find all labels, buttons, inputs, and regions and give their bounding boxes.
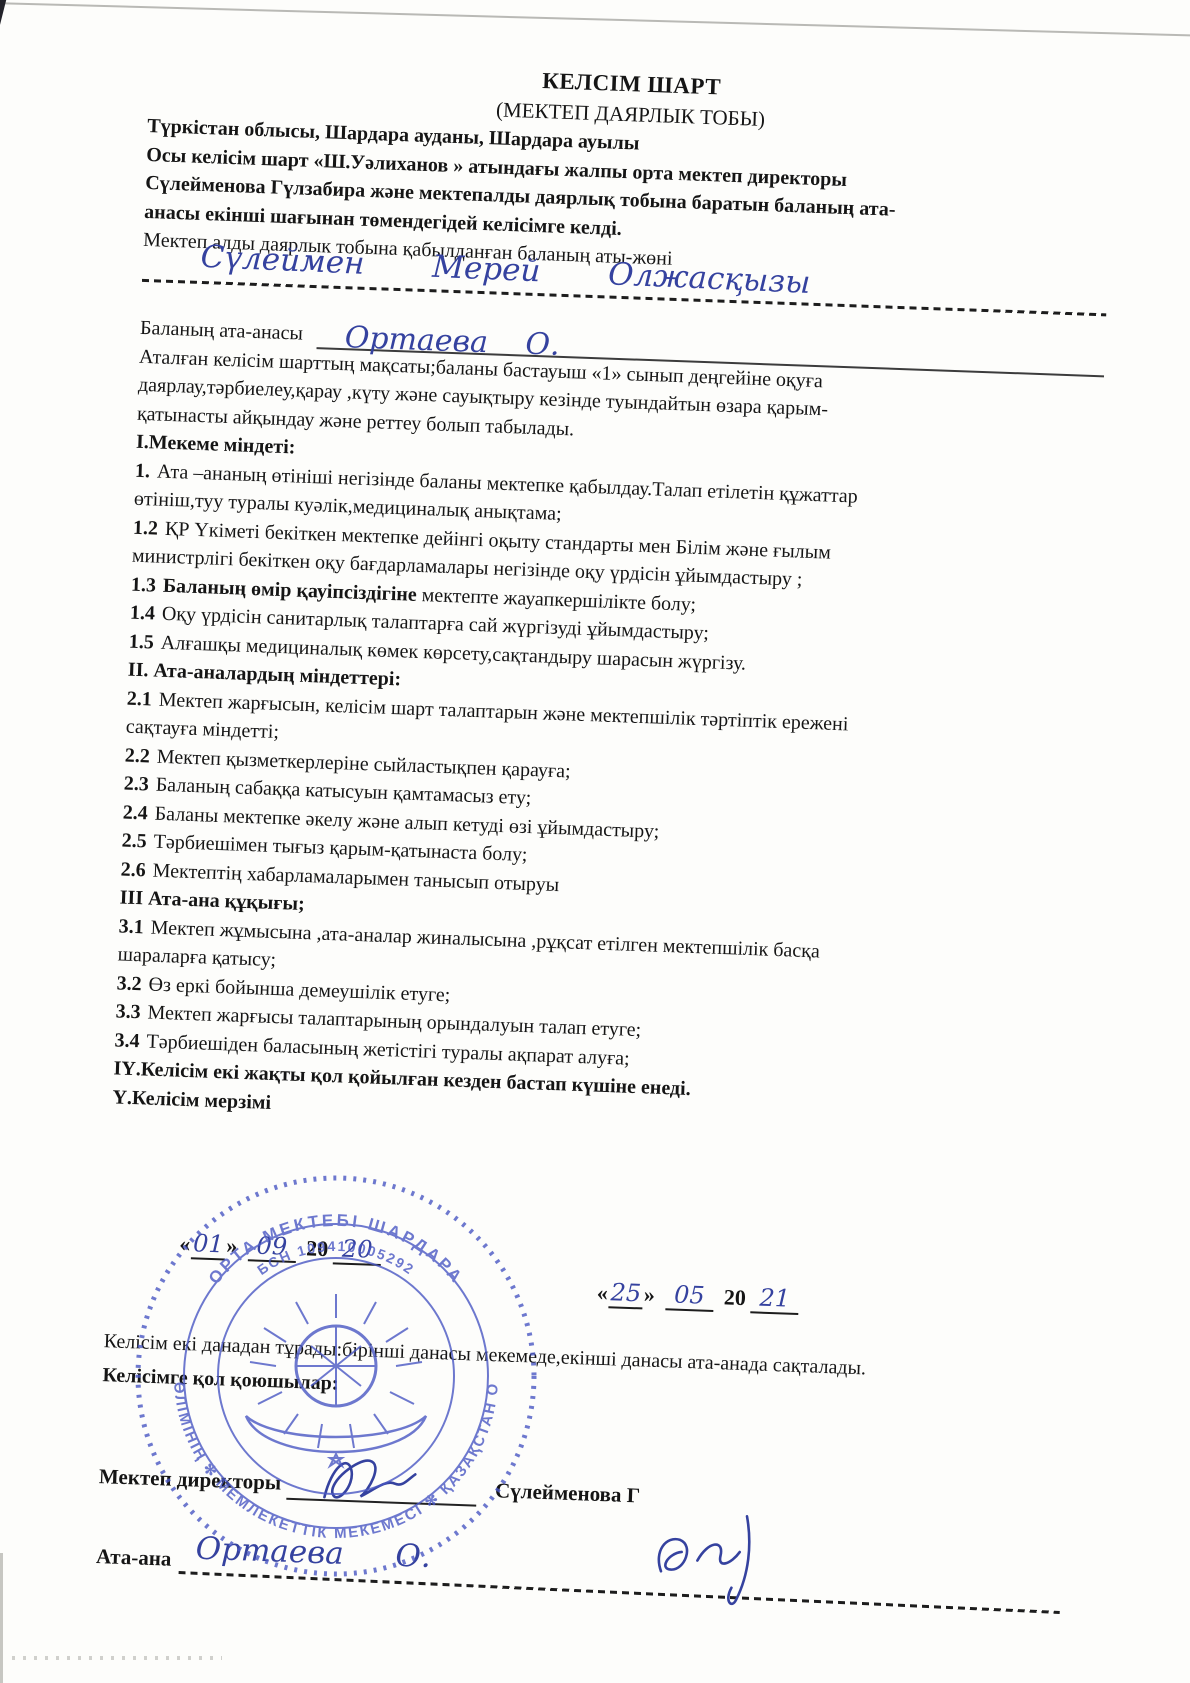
scan-corner-artifact [0,0,7,27]
handwritten-month: 05 [674,1281,706,1310]
handwritten-parent-signname: Ортаева О. [195,1531,431,1575]
director-signature [314,1447,426,1513]
handwritten-day: 01 [193,1229,225,1258]
handwritten-year: 21 [759,1284,791,1313]
handwritten-day: 25 [610,1278,642,1307]
scan-speckle-artifact [12,1656,222,1660]
parent-signature-row: Ата-ана Ортаева О. [95,1517,1062,1625]
scanned-consent-document: { "doc": { "title": "КЕЛСІМ ШАРТ", "subt… [0,0,1190,1683]
parent-signature-line: Ортаева О. [178,1520,1062,1625]
contract-page: КЕЛСІМ ШАРТ (МЕКТЕП ДАЯРЛЫК ТОБЫ) Түркіс… [95,52,1114,1626]
dashed-writing-line [179,1571,1060,1614]
handwritten-year: 20 [342,1235,374,1264]
parent-date: «25» 05 2021 [596,1279,804,1328]
handwritten-month: 09 [256,1232,288,1261]
signature-dates: «01» 09 2020 «25» 05 2021 [106,1227,1072,1303]
director-label: Мектеп директоры [98,1464,281,1500]
scan-left-edge-artifact [0,1553,3,1683]
institution-date: «01» 09 2020 [178,1230,386,1279]
page-edge-scan-line [0,2,1190,38]
parent-signature [646,1505,770,1609]
director-name: Сүлейменова Г [495,1478,641,1512]
parent-label: Ата-ана [95,1544,172,1594]
director-signature-line [287,1446,479,1507]
director-signature-row: Мектеп директоры Сүлейменова Г [98,1435,1064,1527]
